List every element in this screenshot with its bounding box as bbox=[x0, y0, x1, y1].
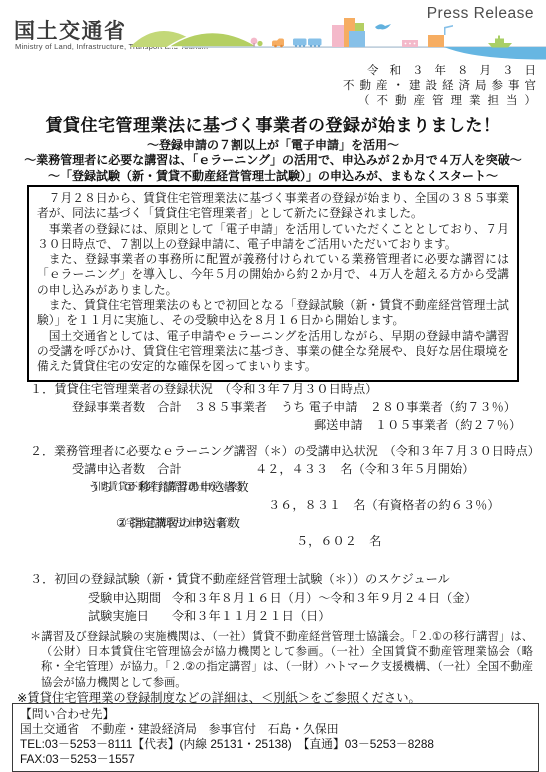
summary-paragraph: 事業者の登録には、原則として「電子申請」を活用していただくこととしており、７月３… bbox=[37, 222, 509, 253]
section3-heading: ３．初回の登録試験（新・賃貸不動産経営管理士試験（＊））のスケジュール bbox=[30, 570, 450, 587]
crane-icon bbox=[444, 25, 453, 35]
contact-box: 【問い合わせ先】 国土交通省 不動産・建設経済局 参事官付 石島・久保田 TEL… bbox=[12, 703, 539, 772]
tree-trunk bbox=[253, 43, 255, 47]
transition-course-value: ３６，８３１ 名（有資格者の約６３％） bbox=[268, 496, 500, 513]
section3-row-period: 受験申込期間 令和３年８月１６日（月）～令和３年９月２４日（金） bbox=[0, 589, 546, 605]
building-icon bbox=[428, 35, 444, 47]
digital-applications: うち 電子申請 ２８０事業者（約７３％） bbox=[281, 398, 516, 415]
summary-paragraph: 国土交通省としては、電子申請やｅラーニングを活用しながら、早期の登録申請や講習の… bbox=[37, 329, 509, 375]
section2-row-item1-value: ３６，８３１ 名（有資格者の約６３％） bbox=[0, 496, 546, 512]
summary-paragraph: また、登録事業者の事務所に配置が義務付けられている業務管理者に必要な講習には「ｅ… bbox=[37, 252, 509, 298]
car-wheel bbox=[280, 45, 283, 48]
designated-course-note: （宅地建物取引士が対象） bbox=[116, 514, 236, 529]
train-icon bbox=[308, 39, 322, 46]
contact-tel: TEL:03－5253－8111【代表】(内線 25131・25138) 【直通… bbox=[20, 737, 531, 752]
exam-date-label: 試験実施日 bbox=[88, 607, 149, 624]
application-period-label: 受験申込期間 bbox=[88, 589, 161, 606]
contact-fax: FAX:03－5253－1557 bbox=[20, 752, 531, 767]
cityscape-illustration bbox=[122, 14, 546, 62]
issuing-office: 不動産・建設経済局参事官 bbox=[343, 79, 541, 94]
subtitle-2: ～業務管理者に必要な講習は、「ｅラーニング」の活用で、申込みが２か月で４万人を突… bbox=[0, 151, 546, 168]
mail-applications: 郵送申請 １０５事業者（約２７％） bbox=[314, 416, 521, 433]
car-wheel bbox=[274, 45, 277, 48]
building-icon bbox=[349, 31, 365, 47]
designated-course-value: ５，６０２ 名 bbox=[296, 532, 381, 549]
train-icon bbox=[293, 39, 307, 46]
section2-row-item2-value: ５，６０２ 名 bbox=[0, 532, 546, 548]
section2-row-total: 受講申込者数 合計 ４２，４３３ 名（令和３年５月開始） bbox=[0, 460, 546, 476]
release-date: 令和３年８月３日 bbox=[343, 64, 546, 79]
section1-heading: １．賃貸住宅管理業者の登録状況 （令和３年７月３０日時点） bbox=[30, 380, 377, 397]
summary-box: ７月２８日から、賃貸住宅管理業法に基づく事業者の登録が始まり、全国の３８５事業者… bbox=[27, 185, 519, 382]
water-shape bbox=[444, 47, 546, 60]
contact-heading: 【問い合わせ先】 bbox=[20, 707, 531, 722]
page-title: 賃貸住宅管理業法に基づく事業者の登録が始まりました！ bbox=[0, 111, 546, 136]
application-period-value: 令和３年８月１６日（月）～令和３年９月２４日（金） bbox=[172, 589, 477, 606]
section2-heading: ２．業務管理者に必要なｅラーニング講習（＊）の受講申込状況 （令和３年７月３０日… bbox=[30, 442, 540, 459]
registered-total: 登録事業者数 合計 ３８５事業者 bbox=[72, 398, 267, 415]
exam-date-value: 令和３年１１月２１日（日） bbox=[172, 607, 330, 624]
section2-row-item1: うち ① 移行講習の申込者数（旧賃貸不動産経営管理士が対象） bbox=[0, 478, 546, 494]
footnote: ＊講習及び登録試験の実施機関は、（一社）賃貸不動産経営管理士協議会。「２.①の移… bbox=[30, 630, 533, 691]
summary-paragraph: また、賃貸住宅管理業法のもとで初回となる「登録試験（新・賃貸不動産経営管理士試験… bbox=[37, 298, 509, 329]
press-release-page: 国土交通省 Ministry of Land, Infrastructure, … bbox=[0, 0, 546, 772]
bird-icon bbox=[375, 24, 391, 29]
elearning-total-label: 受講申込者数 合計 bbox=[72, 460, 182, 477]
issuing-office-sub: （不動産管理業担当） bbox=[343, 94, 543, 109]
section1-row-mail: 郵送申請 １０５事業者（約２７％） bbox=[0, 416, 546, 432]
section1-row-total: 登録事業者数 合計 ３８５事業者 うち 電子申請 ２８０事業者（約７３％） bbox=[0, 398, 546, 414]
bush-icon bbox=[257, 41, 262, 46]
ministry-logo-text: 国土交通省 bbox=[14, 15, 127, 45]
elearning-total-value: ４２，４３３ 名（令和３年５月開始） bbox=[255, 460, 474, 477]
summary-paragraph: ７月２８日から、賃貸住宅管理業法に基づく事業者の登録が始まり、全国の３８５事業者… bbox=[37, 191, 509, 222]
transition-course-note: （旧賃貸不動産経営管理士が対象） bbox=[88, 478, 248, 493]
section2-row-item2: ② 指定講習の申込者数（宅地建物取引士が対象） bbox=[0, 514, 546, 530]
car-icon bbox=[272, 39, 284, 47]
building-icon bbox=[332, 25, 344, 47]
date-block: 令和３年８月３日 不動産・建設経済局参事官 （不動産管理業担当） bbox=[343, 64, 536, 109]
contact-department: 国土交通省 不動産・建設経済局 参事官付 石島・久保田 bbox=[20, 722, 531, 737]
subtitle-3: ～「登録試験（新・賃貸不動産経営管理士試験）」の申込みが、まもなくスタート～ bbox=[0, 167, 546, 184]
section3-row-exam: 試験実施日 令和３年１１月２１日（日） bbox=[0, 607, 546, 623]
ship-icon bbox=[488, 36, 512, 48]
